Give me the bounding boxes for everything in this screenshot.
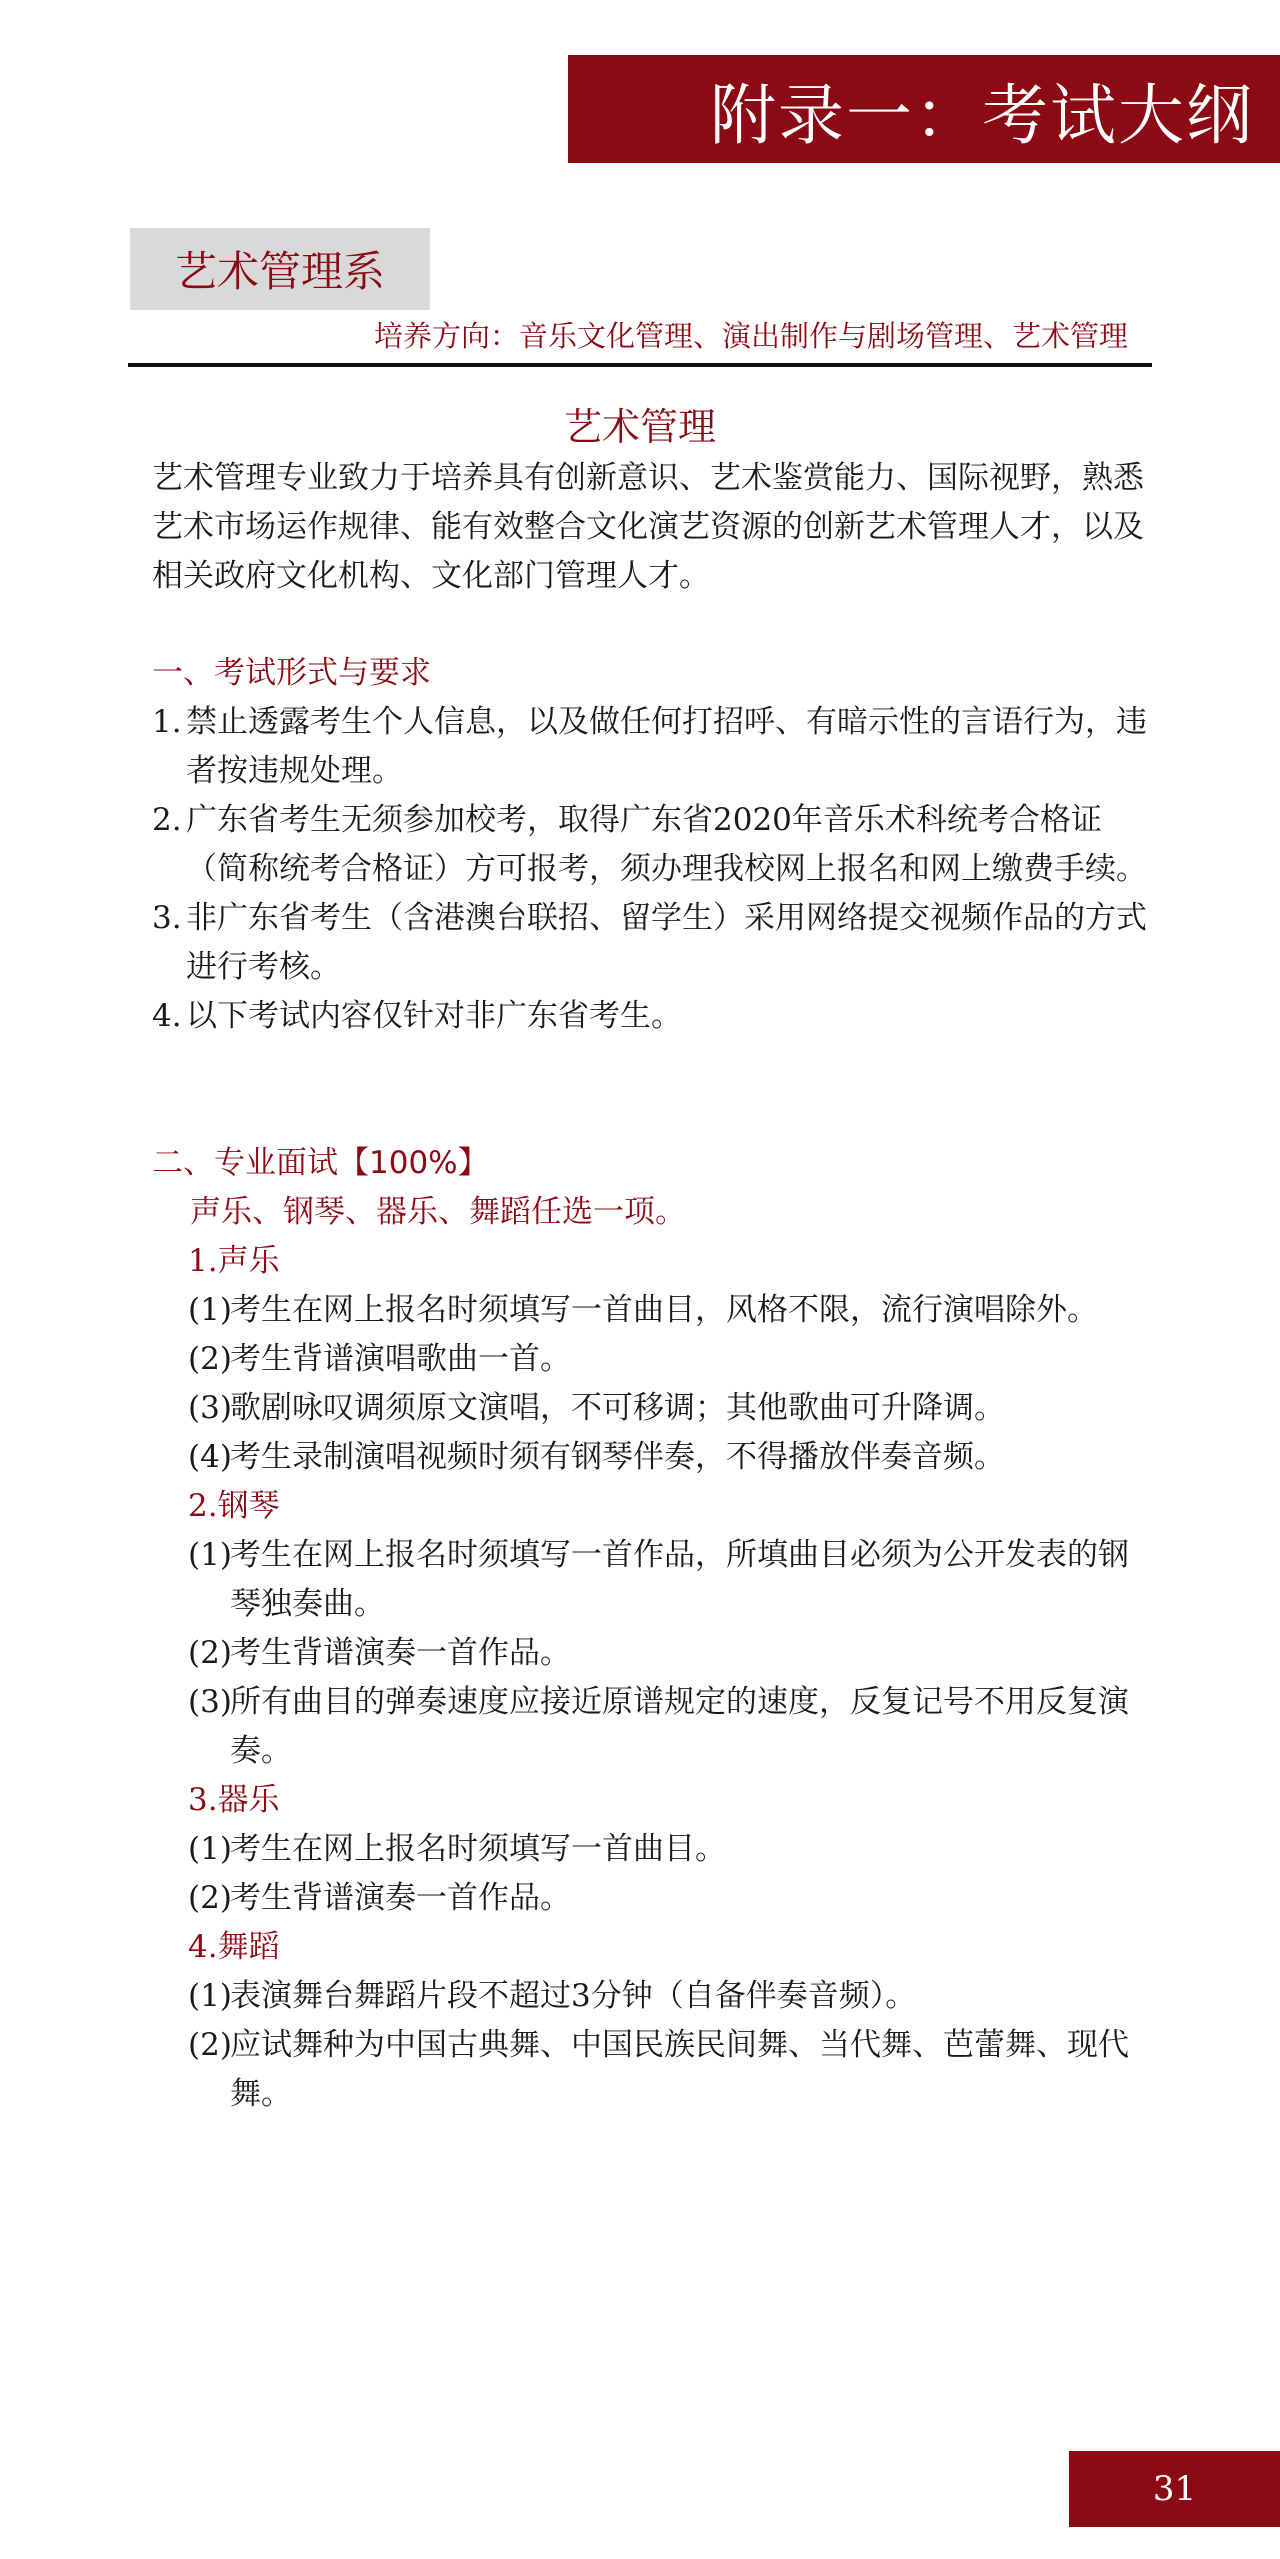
- item-number: (4): [188, 1433, 230, 1482]
- item-text: 考生在网上报名时须填写一首曲目，风格不限，流行演唱除外。: [230, 1286, 1152, 1335]
- item-text: 表演舞台舞蹈片段不超过3分钟（自备伴奏音频）。: [230, 1972, 1152, 2021]
- list-item: (3) 歌剧咏叹调须原文演唱，不可移调；其他歌曲可升降调。: [152, 1384, 1152, 1433]
- department-label-box: 艺术管理系: [130, 228, 430, 310]
- page-number: 31: [1153, 2469, 1196, 2509]
- document-body: 艺术管理专业致力于培养具有创新意识、艺术鉴赏能力、国际视野，熟悉艺术市场运作规律…: [152, 454, 1152, 2119]
- item-number: (2): [188, 1629, 230, 1678]
- item-text: 所有曲目的弹奏速度应接近原谱规定的速度，反复记号不用反复演奏。: [230, 1678, 1152, 1776]
- item-number: 3.: [152, 894, 186, 992]
- item-number: (1): [188, 1972, 230, 2021]
- item-number: 4.: [152, 992, 186, 1041]
- section-heading: 二、专业面试【100%】: [152, 1139, 1152, 1188]
- list-item: (2) 考生背谱演奏一首作品。: [152, 1629, 1152, 1678]
- list-item: (1) 考生在网上报名时须填写一首曲目。: [152, 1825, 1152, 1874]
- list-item: (2) 应试舞种为中国古典舞、中国民族民间舞、当代舞、芭蕾舞、现代舞。: [152, 2021, 1152, 2119]
- item-text: 非广东省考生（含港澳台联招、留学生）采用网络提交视频作品的方式进行考核。: [186, 894, 1152, 992]
- header-banner: 附录一：考试大纲: [568, 55, 1280, 163]
- item-text: 考生背谱演奏一首作品。: [230, 1874, 1152, 1923]
- item-number: 2.: [152, 796, 186, 894]
- list-item: (2) 考生背谱演唱歌曲一首。: [152, 1335, 1152, 1384]
- item-number: (2): [188, 2021, 230, 2119]
- training-direction: 培养方向：音乐文化管理、演出制作与剧场管理、艺术管理: [374, 314, 1128, 355]
- item-text: 歌剧咏叹调须原文演唱，不可移调；其他歌曲可升降调。: [230, 1384, 1152, 1433]
- item-text: 考生背谱演唱歌曲一首。: [230, 1335, 1152, 1384]
- list-item: (1) 考生在网上报名时须填写一首作品，所填曲目必须为公开发表的钢琴独奏曲。: [152, 1531, 1152, 1629]
- major-intro: 艺术管理专业致力于培养具有创新意识、艺术鉴赏能力、国际视野，熟悉艺术市场运作规律…: [152, 454, 1152, 601]
- category-title-dance: 4.舞蹈: [152, 1923, 1152, 1972]
- list-item: (4) 考生录制演唱视频时须有钢琴伴奏，不得播放伴奏音频。: [152, 1433, 1152, 1482]
- list-item: 3. 非广东省考生（含港澳台联招、留学生）采用网络提交视频作品的方式进行考核。: [152, 894, 1152, 992]
- page-header-title: 附录一：考试大纲: [710, 62, 1254, 157]
- list-item: 2. 广东省考生无须参加校考，取得广东省2020年音乐术科统考合格证（简称统考合…: [152, 796, 1152, 894]
- section-intro: 声乐、钢琴、器乐、舞蹈任选一项。: [152, 1188, 1152, 1237]
- section-heading: 一、考试形式与要求: [152, 649, 1152, 698]
- list-item: (2) 考生背谱演奏一首作品。: [152, 1874, 1152, 1923]
- item-text: 考生在网上报名时须填写一首作品，所填曲目必须为公开发表的钢琴独奏曲。: [230, 1531, 1152, 1629]
- list-item: (1) 表演舞台舞蹈片段不超过3分钟（自备伴奏音频）。: [152, 1972, 1152, 2021]
- item-text: 考生背谱演奏一首作品。: [230, 1629, 1152, 1678]
- item-number: (2): [188, 1874, 230, 1923]
- item-text: 广东省考生无须参加校考，取得广东省2020年音乐术科统考合格证（简称统考合格证）…: [186, 796, 1152, 894]
- category-title-vocal: 1.声乐: [152, 1237, 1152, 1286]
- list-item: 1. 禁止透露考生个人信息，以及做任何打招呼、有暗示性的言语行为，违者按违规处理…: [152, 698, 1152, 796]
- page-number-badge: 31: [1069, 2451, 1280, 2527]
- item-text: 考生录制演唱视频时须有钢琴伴奏，不得播放伴奏音频。: [230, 1433, 1152, 1482]
- category-title-piano: 2.钢琴: [152, 1482, 1152, 1531]
- item-number: 1.: [152, 698, 186, 796]
- item-number: (1): [188, 1531, 230, 1629]
- list-item: (1) 考生在网上报名时须填写一首曲目，风格不限，流行演唱除外。: [152, 1286, 1152, 1335]
- item-text: 以下考试内容仅针对非广东省考生。: [186, 992, 1152, 1041]
- item-text: 考生在网上报名时须填写一首曲目。: [230, 1825, 1152, 1874]
- list-item: (3) 所有曲目的弹奏速度应接近原谱规定的速度，反复记号不用反复演奏。: [152, 1678, 1152, 1776]
- category-title-instrumental: 3.器乐: [152, 1776, 1152, 1825]
- list-item: 4. 以下考试内容仅针对非广东省考生。: [152, 992, 1152, 1041]
- item-number: (1): [188, 1286, 230, 1335]
- major-title: 艺术管理: [0, 396, 1280, 451]
- item-number: (1): [188, 1825, 230, 1874]
- item-text: 禁止透露考生个人信息，以及做任何打招呼、有暗示性的言语行为，违者按违规处理。: [186, 698, 1152, 796]
- section-exam-format: 一、考试形式与要求 1. 禁止透露考生个人信息，以及做任何打招呼、有暗示性的言语…: [152, 649, 1152, 1041]
- department-name: 艺术管理系: [175, 239, 385, 299]
- item-number: (3): [188, 1678, 230, 1776]
- divider: [128, 363, 1152, 367]
- item-number: (2): [188, 1335, 230, 1384]
- item-text: 应试舞种为中国古典舞、中国民族民间舞、当代舞、芭蕾舞、现代舞。: [230, 2021, 1152, 2119]
- section-interview: 二、专业面试【100%】 声乐、钢琴、器乐、舞蹈任选一项。 1.声乐 (1) 考…: [152, 1139, 1152, 2119]
- item-number: (3): [188, 1384, 230, 1433]
